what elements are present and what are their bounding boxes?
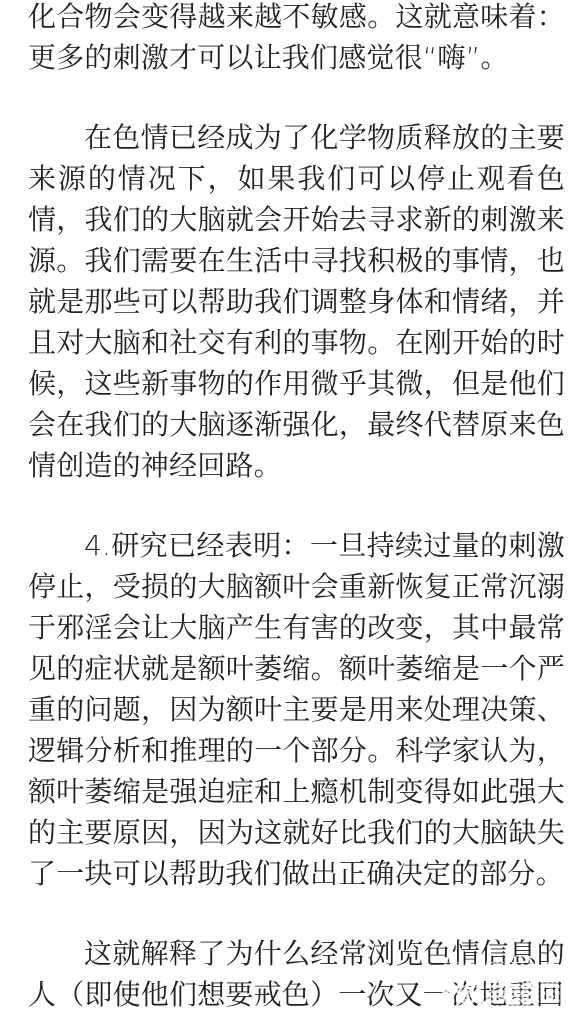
article-paragraph: 4.研究已经表明：一旦持续过量的刺激停止，受损的大脑额叶会重新恢复正常沉溺于邪淫… bbox=[28, 525, 565, 894]
article-paragraph: 化合物会变得越来越不敏感。这就意味着：更多的刺激才可以让我们感觉很“嗨”。 bbox=[28, 0, 565, 78]
article-body: 化合物会变得越来越不敏感。这就意味着：更多的刺激才可以让我们感觉很“嗨”。 在色… bbox=[28, 0, 565, 1012]
article-paragraph: 这就解释了为什么经常浏览色情信息的人（即使他们想要戒色）一次又一次地重回 bbox=[28, 933, 565, 1012]
article-paragraph: 在色情已经成为了化学物质释放的主要来源的情况下，如果我们可以停止观看色情，我们的… bbox=[28, 117, 565, 486]
article-page: { "page": { "background_color": "#ffffff… bbox=[0, 0, 580, 1012]
